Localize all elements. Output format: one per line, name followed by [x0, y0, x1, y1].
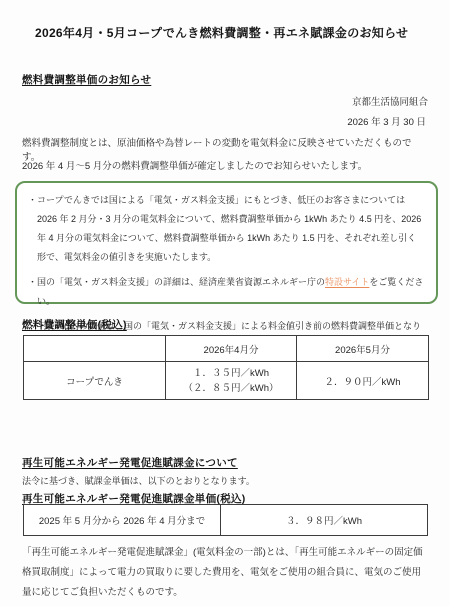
notice-bullet-discount-detail: ・コープでんきでは国による「電気・ガス料金支援」にもとづき、低圧のお客さまについ…	[28, 191, 425, 267]
fuel-table-may-cell: ２．９０円／kWh	[297, 362, 429, 400]
notice-bullet-special-site: ・国の「電気・ガス料金支援」の詳細は、経済産業省資源エネルギー庁の特設サイトをご…	[28, 273, 425, 311]
renewable-levy-rate: ３．９８円／kWh	[221, 505, 428, 536]
document-page: { "document": { "title": "2026年4月・5月コープで…	[0, 0, 450, 606]
special-site-link[interactable]: 特設サイト	[325, 277, 369, 287]
fuel-intro-paragraph-2: 2026 年 4 月～5 月分の燃料費調整単価が確定しましたのでお知らせいたしま…	[22, 160, 428, 174]
fuel-adjustment-table: 2026年4月分 2026年5月分 コープでんき １．３５円／kWh （２．８５…	[23, 335, 429, 400]
renewable-section-heading: 再生可能エネルギー発電促進賦課金について	[22, 455, 238, 470]
renewable-levy-row: 2025 年 5 月分から 2026 年 4 月分まで ３．９８円／kWh	[24, 505, 428, 536]
fuel-table-header-blank	[24, 336, 166, 362]
government-support-notice-box: ・コープでんきでは国による「電気・ガス料金支援」にもとづき、低圧のお客さまについ…	[15, 181, 438, 304]
fuel-table-header-april: 2026年4月分	[166, 336, 297, 362]
fuel-table-april-cell: １．３５円／kWh （２．８５円／kWh）	[166, 362, 297, 400]
fuel-table-header-may: 2026年5月分	[297, 336, 429, 362]
fuel-table-title: 燃料費調整単価(税込)	[22, 317, 127, 332]
fuel-section-heading: 燃料費調整単価のお知らせ	[22, 72, 151, 87]
document-date: 2026 年 3 月 30 日	[347, 114, 426, 128]
fuel-table-header-row: 2026年4月分 2026年5月分	[24, 336, 429, 362]
renewable-description: 法令に基づき、賦課金単価は、以下のとおりとなります。	[22, 474, 428, 487]
notice-bullet2-prefix: ・国の「電気・ガス料金支援」の詳細は、経済産業省資源エネルギー庁の	[28, 277, 325, 287]
renewable-levy-table: 2025 年 5 月分から 2026 年 4 月分まで ３．９８円／kWh	[23, 504, 428, 536]
fuel-table-row-label: コープでんき	[24, 362, 166, 400]
organization-name: 京都生活協同組合	[352, 94, 428, 108]
fuel-table-data-row: コープでんき １．３５円／kWh （２．８５円／kWh） ２．９０円／kWh	[24, 362, 429, 400]
renewable-levy-period: 2025 年 5 月分から 2026 年 4 月分まで	[24, 505, 221, 536]
page-title: 2026年4月・5月コープでんき燃料費調整・再エネ賦課金のお知らせ	[35, 24, 428, 41]
renewable-footnote: 「再生可能エネルギー発電促進賦課金」(電気料金の一部)とは、「再生可能エネルギー…	[22, 543, 428, 603]
fuel-april-discounted-rate: １．３５円／kWh	[166, 366, 296, 381]
fuel-april-original-rate: （２．８５円／kWh）	[166, 381, 296, 396]
